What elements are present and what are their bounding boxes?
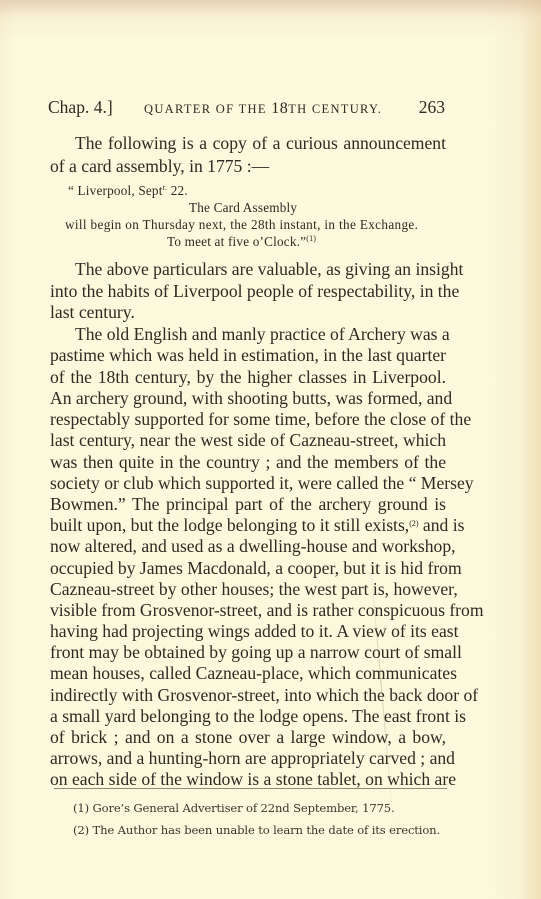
paragraph-line: society or club which supported it, were… [50, 472, 446, 494]
footnote-1: (1) Gore’s General Advertiser of 22nd Se… [73, 801, 395, 815]
paragraph-line: visible from Grosvenor-street, and is ra… [50, 599, 446, 621]
paragraph-line: was then quite in the country ; and the … [50, 451, 446, 473]
announcement-line: will begin on Thursday next, the 28th in… [65, 216, 418, 234]
paragraph-line: last century. [50, 301, 446, 323]
announcement-place-date: “ Liverpool, Septr. 22. [68, 182, 188, 200]
paragraph-line: occupied by James Macdonald, a cooper, b… [50, 557, 446, 579]
paragraph-line: built upon, but the lodge belonging to i… [50, 514, 446, 536]
paragraph-line: pastime which was held in estimation, in… [50, 344, 446, 366]
paragraph-line: having had projecting wings added to it.… [50, 620, 446, 642]
paragraph-line: arrows, and a hunting-horn are appropria… [50, 747, 446, 769]
paragraph-line: Cazneau-street by other houses; the west… [50, 578, 446, 600]
chapter-label: Chap. 4.] [48, 97, 113, 118]
paragraph-line: of brick ; and on a stone over a large w… [50, 726, 446, 748]
paragraph-line: into the habits of Liverpool people of r… [50, 280, 446, 302]
paragraph-line: The above particulars are valuable, as g… [75, 258, 446, 280]
announcement-title: The Card Assembly [189, 199, 297, 217]
footnote-2: (2) The Author has been unable to learn … [73, 823, 440, 837]
paragraph-line: a small yard belonging to the lodge open… [50, 705, 446, 727]
paragraph-line: The old English and manly practice of Ar… [75, 323, 446, 345]
paragraph-line: mean houses, called Cazneau-place, which… [50, 662, 446, 684]
footnote-ref[interactable]: (1) [306, 234, 316, 243]
intro-line: of a card assembly, in 1775 :— [50, 155, 446, 177]
page-number: 263 [419, 97, 445, 118]
paragraph-line: front may be obtained by going up a narr… [50, 641, 446, 663]
paragraph-line: indirectly with Grosvenor-street, into w… [50, 684, 446, 706]
paragraph-line: An archery ground, with shooting butts, … [50, 387, 446, 409]
running-header: Chap. 4.] Quarter of the 18th century. 2… [48, 97, 445, 119]
paragraph-line: of the 18th century, by the higher class… [50, 366, 446, 388]
paragraph-line: now altered, and used as a dwelling-hous… [50, 535, 446, 557]
footnote-rule [54, 788, 447, 789]
announcement-line: To meet at five o’Clock.”(1) [167, 233, 316, 251]
footnote-ref[interactable]: (2) [409, 519, 418, 528]
intro-line: The following is a copy of a curious ann… [75, 132, 446, 154]
paragraph-line: last century, near the west side of Cazn… [50, 429, 446, 451]
running-title: Quarter of the 18th century. [144, 100, 382, 118]
paragraph-line: respectably supported for some time, bef… [50, 408, 446, 430]
paragraph-line: Bowmen.” The principal part of the arche… [50, 493, 446, 515]
paragraph-line: on each side of the window is a stone ta… [50, 768, 446, 790]
